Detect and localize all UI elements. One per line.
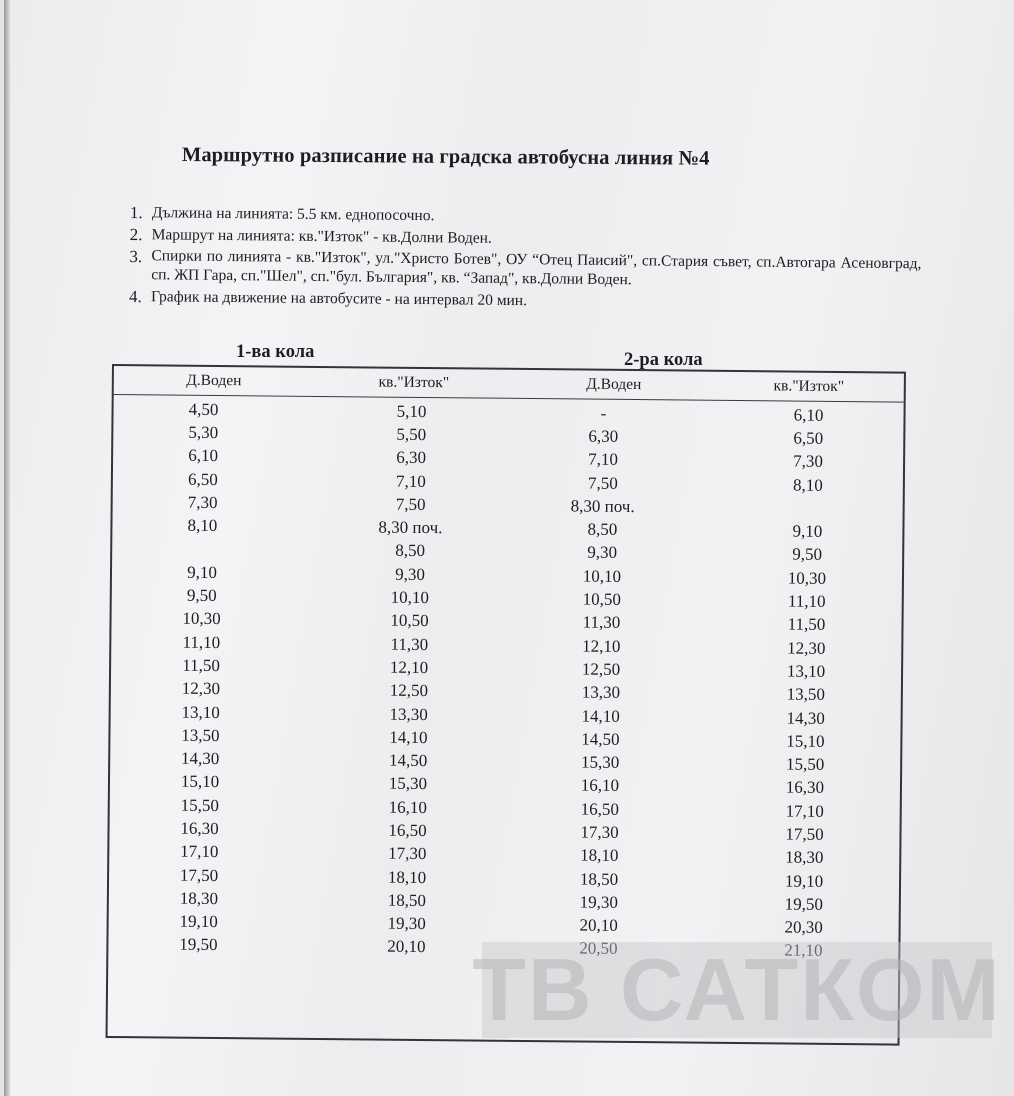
section-heading-bus-2: 2-ра кола xyxy=(624,350,703,371)
time-cell: 11,10 xyxy=(712,591,902,613)
time-cell: 9,10 xyxy=(102,562,302,584)
time-cell: 13,30 xyxy=(501,682,701,704)
time-cell: 13,30 xyxy=(309,703,509,725)
time-cell: 19,30 xyxy=(307,913,507,935)
info-item-stops: 3. Спирки по линията - кв."Изток", ул."Х… xyxy=(129,246,929,292)
time-cell: 8,10 xyxy=(102,515,302,537)
time-cell: 10,50 xyxy=(309,610,509,632)
time-cell: 9,50 xyxy=(102,585,302,607)
time-cell: 12,30 xyxy=(101,678,301,700)
time-cell: 10,30 xyxy=(101,608,301,630)
time-cell: 19,30 xyxy=(499,892,699,914)
column-header: кв."Изток" xyxy=(314,373,514,393)
time-cell: 18,30 xyxy=(99,888,299,910)
time-cell: 15,30 xyxy=(500,752,700,774)
time-cell: 5,30 xyxy=(103,422,303,444)
time-cell: 15,10 xyxy=(100,771,300,793)
time-cell: 16,50 xyxy=(500,798,700,820)
time-cell: 15,10 xyxy=(710,731,900,753)
time-cell: 4,50 xyxy=(103,399,303,421)
time-cell: 19,10 xyxy=(99,911,299,933)
time-cell: 17,10 xyxy=(99,841,299,863)
time-cell: 6,50 xyxy=(103,468,303,490)
time-cell: 14,50 xyxy=(500,729,700,751)
time-cell: 16,10 xyxy=(500,775,700,797)
time-cell: 8,50 xyxy=(310,540,510,562)
time-cell: 15,30 xyxy=(308,773,508,795)
time-cell xyxy=(102,548,302,550)
timetable-body: 4,505,10-6,105,305,506,306,506,106,307,1… xyxy=(108,395,903,964)
time-cell: 7,30 xyxy=(713,451,903,473)
time-cell: 5,10 xyxy=(311,401,511,423)
time-cell: 10,10 xyxy=(310,587,510,609)
time-cell: 8,50 xyxy=(502,519,702,541)
time-cell: 6,50 xyxy=(713,428,903,450)
time-cell: 11,10 xyxy=(101,632,301,654)
time-cell: 12,10 xyxy=(309,657,509,679)
time-cell: 9,10 xyxy=(712,521,902,543)
column-header: кв."Изток" xyxy=(714,377,904,397)
time-cell: 10,50 xyxy=(502,589,702,611)
time-cell: 17,10 xyxy=(710,800,900,822)
time-cell: 13,10 xyxy=(101,701,301,723)
time-cell: 12,50 xyxy=(309,680,509,702)
time-cell: 13,10 xyxy=(711,661,901,683)
time-cell: 9,50 xyxy=(712,544,902,566)
time-cell: 11,30 xyxy=(501,612,701,634)
time-cell: 19,50 xyxy=(98,934,298,956)
time-cell: 12,30 xyxy=(711,637,901,659)
time-cell: 10,10 xyxy=(502,565,702,587)
item-number: 4. xyxy=(129,286,151,308)
time-cell: 7,50 xyxy=(311,494,511,516)
time-cell: 16,50 xyxy=(307,820,507,842)
time-cell: 17,50 xyxy=(709,824,899,846)
time-cell: 14,30 xyxy=(711,707,901,729)
time-cell: 20,30 xyxy=(709,917,899,939)
time-cell: 8,30 поч. xyxy=(503,496,703,518)
watermark-text: ТВ САТКОМ xyxy=(472,939,1002,1041)
time-cell: 20,10 xyxy=(499,915,699,937)
time-cell: 6,30 xyxy=(503,426,703,448)
time-cell: 6,10 xyxy=(713,404,903,426)
watermark-logo: ТВ САТКОМ xyxy=(482,942,992,1038)
time-cell: 18,50 xyxy=(307,890,507,912)
time-cell: 10,30 xyxy=(712,567,902,589)
time-cell: 16,10 xyxy=(308,797,508,819)
time-cell: 12,10 xyxy=(501,635,701,657)
time-cell: 14,50 xyxy=(308,750,508,772)
time-cell: 16,30 xyxy=(710,777,900,799)
time-cell xyxy=(713,508,903,510)
time-cell: 14,30 xyxy=(100,748,300,770)
time-cell: 17,30 xyxy=(307,843,507,865)
item-text: Дължина на линията: 5.5 км. еднопосочно. xyxy=(152,202,435,227)
time-cell: 18,10 xyxy=(307,866,507,888)
time-cell: 14,10 xyxy=(308,727,508,749)
time-cell: 17,30 xyxy=(499,822,699,844)
time-cell: 7,30 xyxy=(103,492,303,514)
time-cell: 19,50 xyxy=(709,894,899,916)
time-cell: 15,50 xyxy=(710,754,900,776)
info-list: 1. Дължина на линията: 5.5 км. еднопосоч… xyxy=(129,202,930,316)
time-cell: 18,50 xyxy=(499,868,699,890)
time-cell: 11,50 xyxy=(101,655,301,677)
time-cell: 7,10 xyxy=(311,470,511,492)
time-cell: 12,50 xyxy=(501,659,701,681)
time-cell: 8,10 xyxy=(713,474,903,496)
column-header: Д.Воден xyxy=(514,375,714,395)
time-cell: 16,30 xyxy=(99,818,299,840)
item-number: 3. xyxy=(129,246,151,284)
time-cell: 19,10 xyxy=(709,870,899,892)
time-cell: 18,30 xyxy=(709,847,899,869)
time-cell: 13,50 xyxy=(711,684,901,706)
time-cell: 14,10 xyxy=(501,705,701,727)
time-cell: 9,30 xyxy=(502,542,702,564)
section-heading-bus-1: 1-ва кола xyxy=(236,342,314,363)
column-header: Д.Воден xyxy=(114,371,314,391)
time-cell: 17,50 xyxy=(99,864,299,886)
time-cell: 9,30 xyxy=(310,564,510,586)
time-cell: 6,30 xyxy=(311,447,511,469)
item-number: 1. xyxy=(130,202,152,224)
time-cell: 7,10 xyxy=(503,449,703,471)
time-cell: 5,50 xyxy=(311,424,511,446)
time-cell: 11,50 xyxy=(711,614,901,636)
item-number: 2. xyxy=(130,224,152,246)
time-cell: 6,10 xyxy=(103,445,303,467)
document-title: Маршрутно разписание на градска автобусн… xyxy=(182,144,710,171)
paper-sheet: Маршрутно разписание на градска автобусн… xyxy=(4,0,1014,1096)
time-cell: 8,30 поч. xyxy=(310,517,510,539)
time-cell: 13,50 xyxy=(100,725,300,747)
time-cell: 15,50 xyxy=(100,795,300,817)
time-cell: 11,30 xyxy=(309,634,509,656)
item-text: Спирки по линията - кв."Изток", ул."Хрис… xyxy=(151,246,921,292)
time-cell: 18,10 xyxy=(499,845,699,867)
time-cell: - xyxy=(503,402,703,424)
time-cell: 7,50 xyxy=(503,472,703,494)
item-text: График на движение на автобусите - на ин… xyxy=(151,286,527,312)
